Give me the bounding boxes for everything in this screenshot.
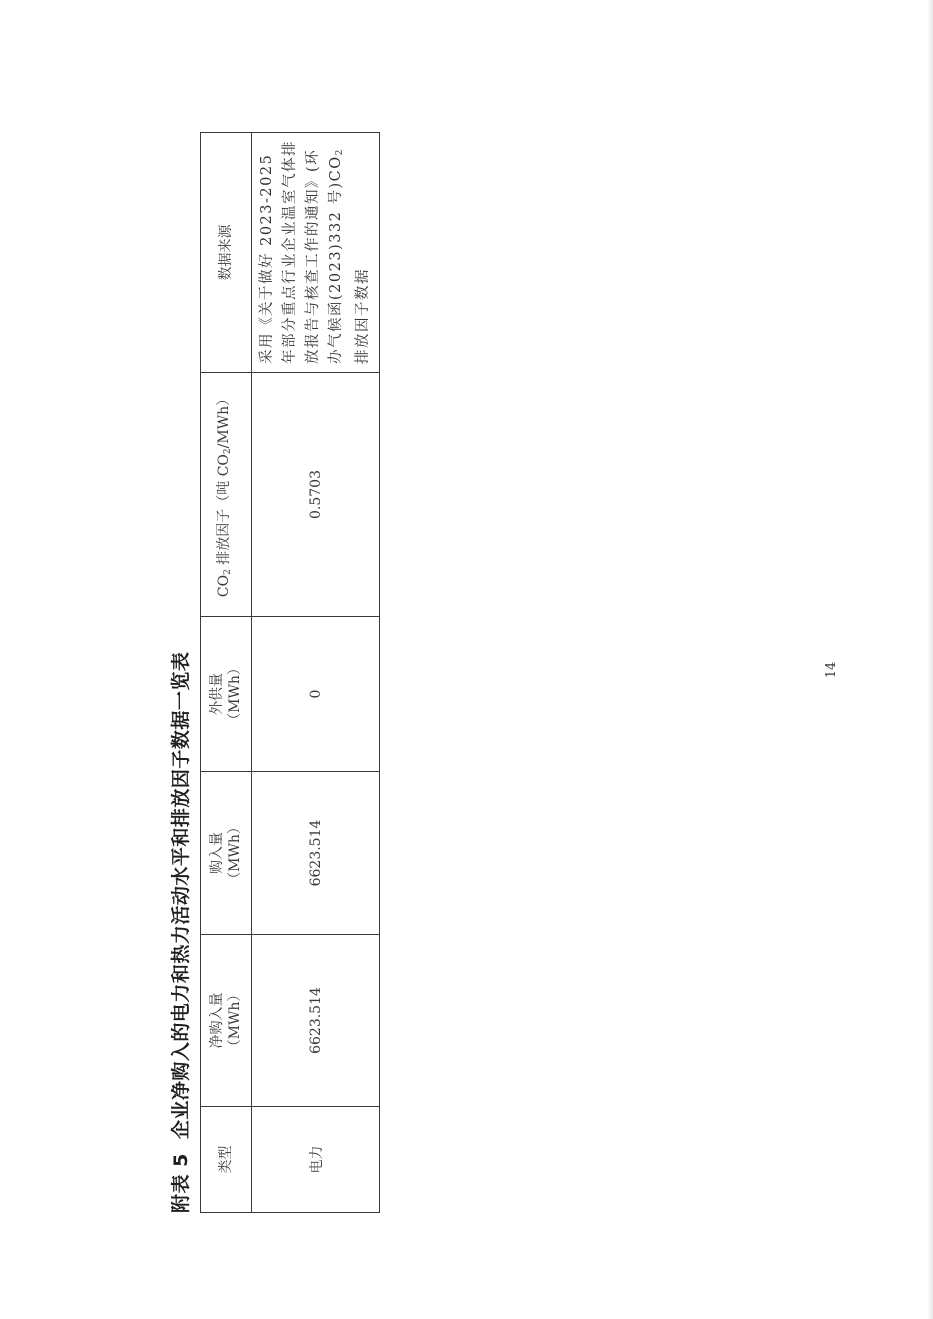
table-header-row: 类型 净购入量 （MWh） 购入量 （MWh） 外供量 （MWh） CO2 排放… bbox=[201, 133, 252, 1213]
cell-supplied: 0 bbox=[252, 617, 380, 772]
table-title: 附表 5企业净购入的电力和热力活动水平和排放因子数据一览表 bbox=[163, 573, 199, 1213]
header-data-source: 数据来源 bbox=[201, 133, 252, 373]
cell-type: 电力 bbox=[252, 1107, 380, 1213]
cell-data-source: 采用《关于做好 2023-2025 年部分重点行业企业温室气体排放报告与核查工作… bbox=[252, 133, 380, 373]
header-emission-factor: CO2 排放因子（吨 CO2/MWh） bbox=[201, 373, 252, 617]
cell-net-purchased: 6623.514 bbox=[252, 935, 380, 1107]
table-number: 附表 5 bbox=[170, 1153, 192, 1213]
table-row: 电力 6623.514 6623.514 0 0.5703 采用《关于做好 20… bbox=[252, 133, 380, 1213]
table-title-text: 企业净购入的电力和热力活动水平和排放因子数据一览表 bbox=[170, 652, 192, 1140]
emission-factor-table: 类型 净购入量 （MWh） 购入量 （MWh） 外供量 （MWh） CO2 排放… bbox=[200, 133, 373, 1213]
header-purchased: 购入量 （MWh） bbox=[201, 772, 252, 935]
header-supplied: 外供量 （MWh） bbox=[201, 617, 252, 772]
header-type: 类型 bbox=[201, 1107, 252, 1213]
cell-purchased: 6623.514 bbox=[252, 772, 380, 935]
page-number: 14 bbox=[822, 655, 842, 685]
scan-edge-shadow bbox=[927, 0, 933, 1319]
cell-emission-factor: 0.5703 bbox=[252, 373, 380, 617]
header-net-purchased: 净购入量 （MWh） bbox=[201, 935, 252, 1107]
